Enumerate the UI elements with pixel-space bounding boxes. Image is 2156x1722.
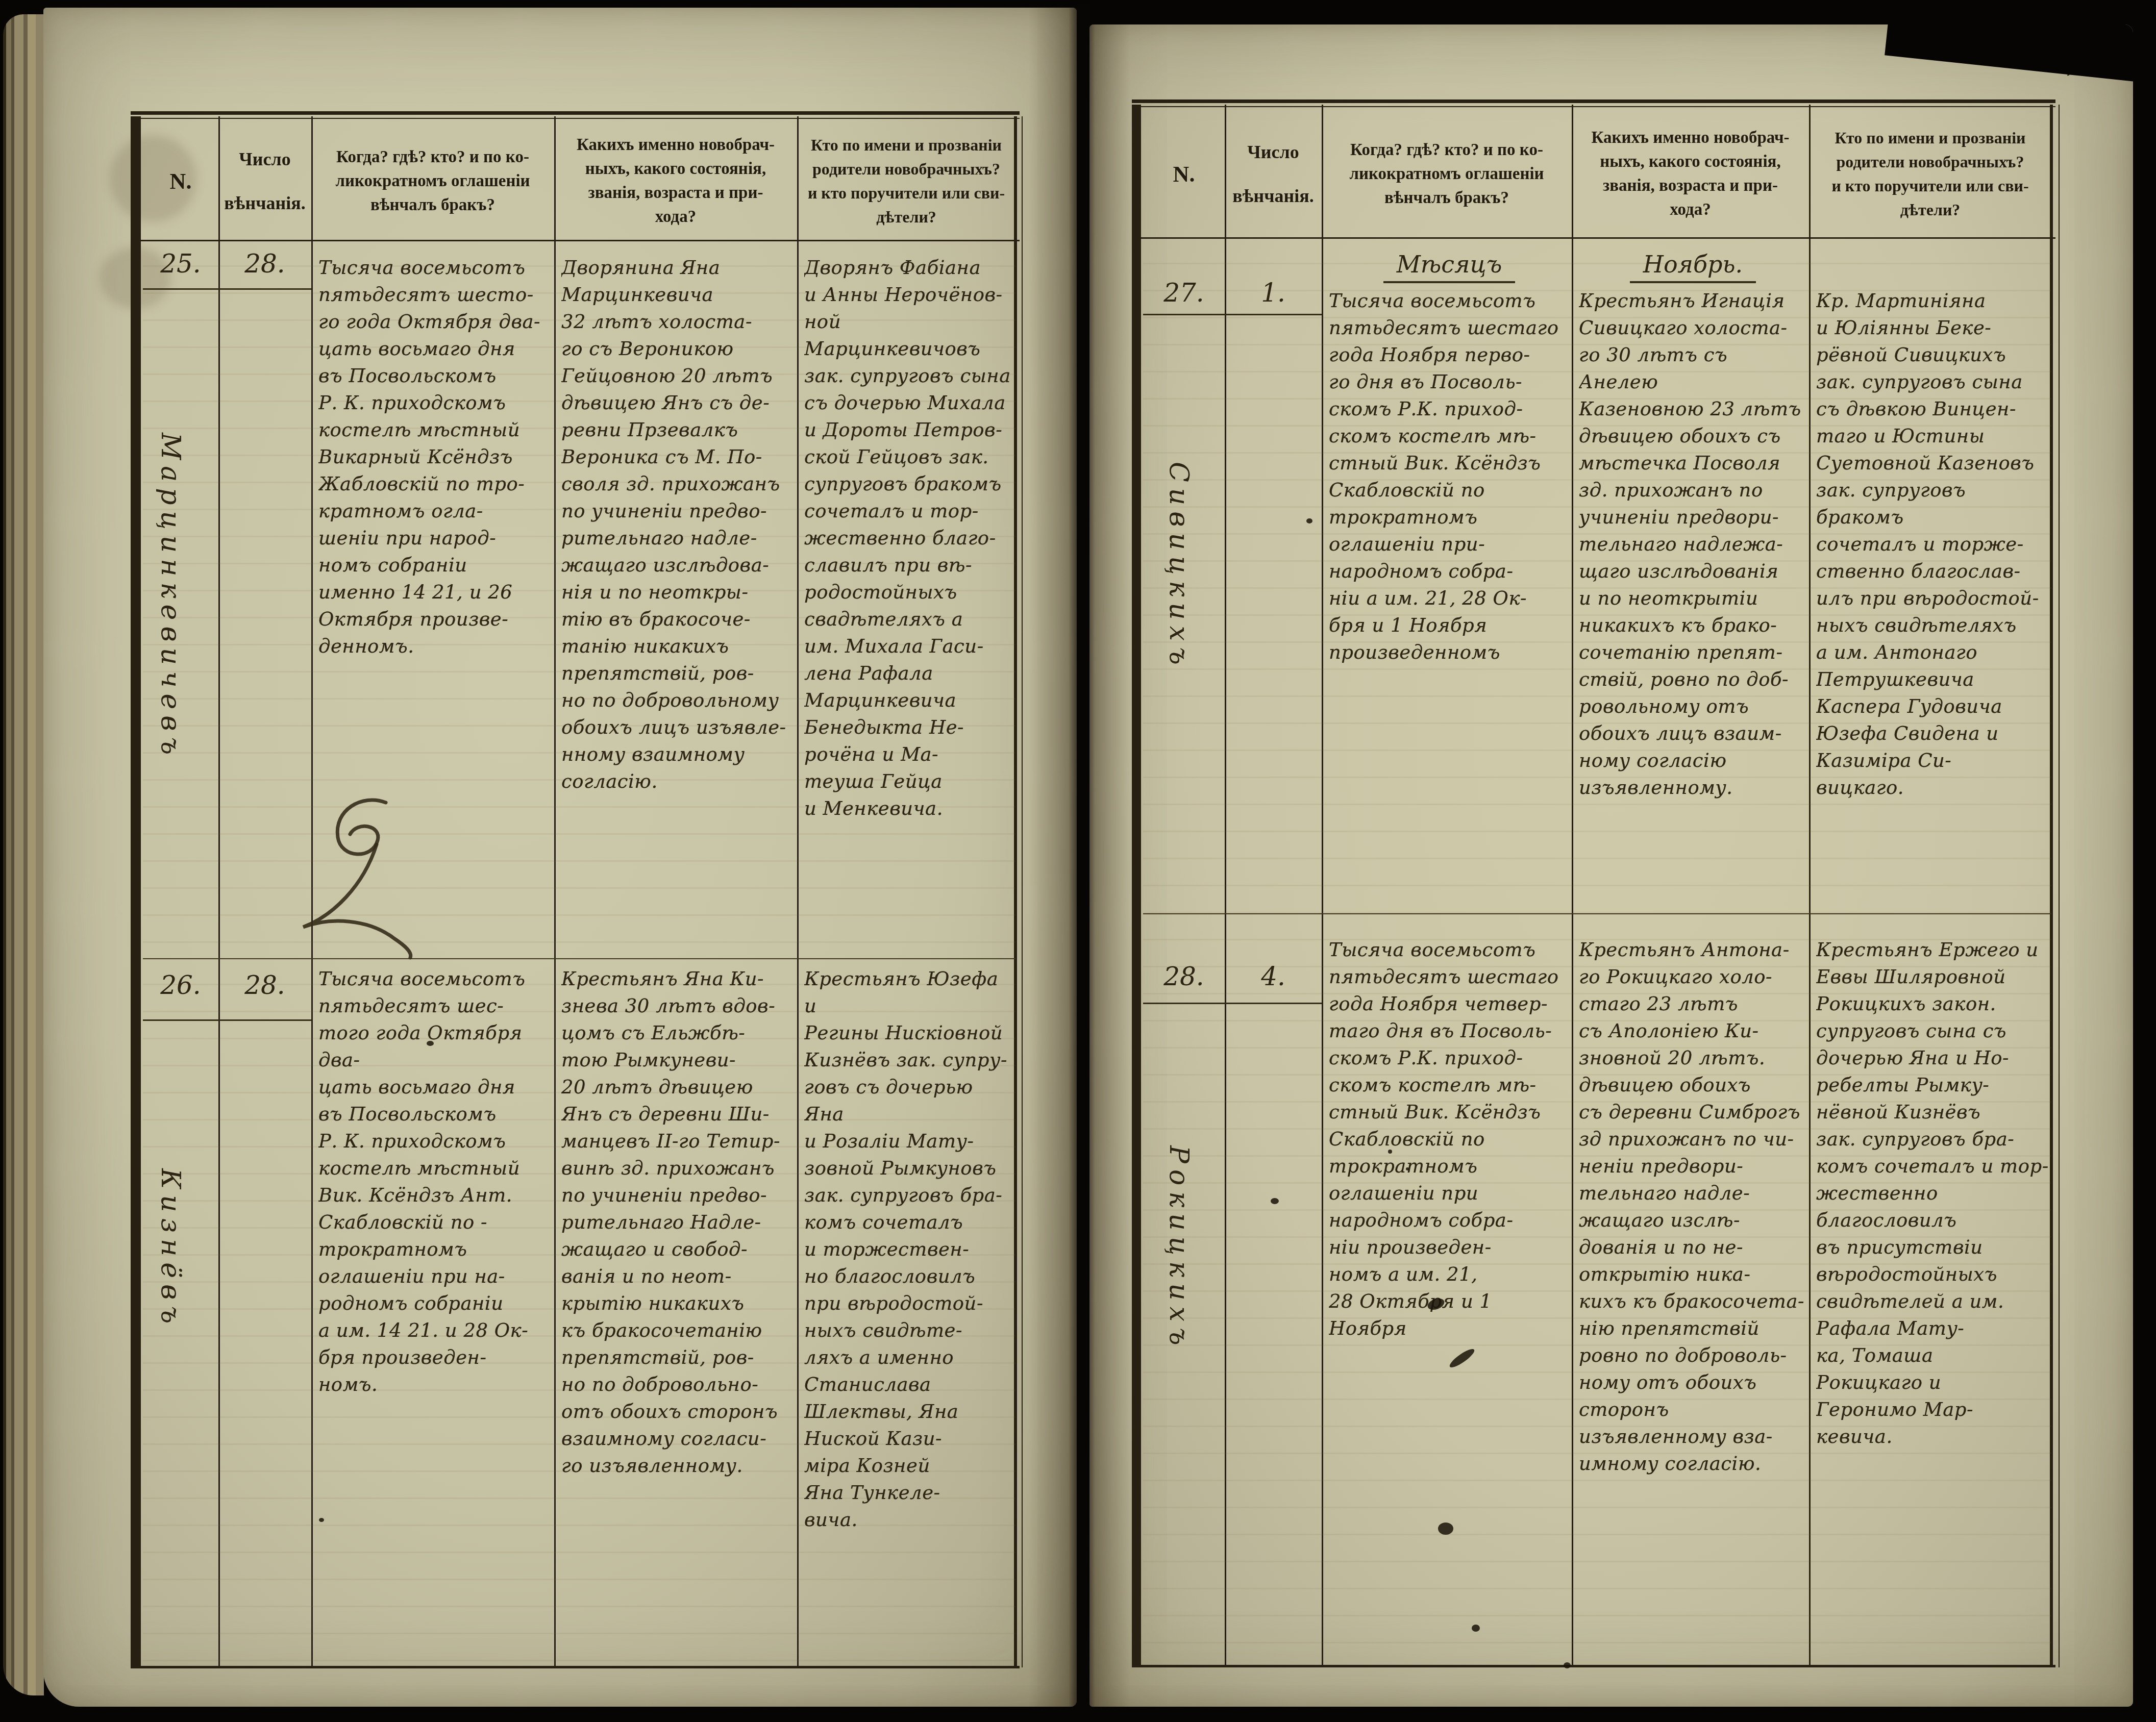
header-label-who: Какихъ именно новобрач- ныхъ, какого сос…: [1591, 126, 1789, 222]
register-entry-row-27: 27. 1. Мѣсяцъ Тысяча восемьсотъ пятьдеся…: [1143, 237, 2051, 913]
header-cell-who: Какихъ именно новобрач- ныхъ, какого сос…: [554, 122, 797, 240]
entry-parents-text: Крестьянъ Ержего и Еввы Шиляровной Рокиц…: [1816, 936, 2050, 1450]
cell-parents: Крестьянъ Ержего и Еввы Шиляровной Рокиц…: [1816, 913, 2050, 1665]
header-label-date: Число вѣнчанія.: [1232, 130, 1314, 218]
table-border-left: [131, 116, 141, 1667]
entry-when-text: Тысяча восемьсотъ пятьдесятъ шестаго год…: [1329, 237, 1570, 666]
header-cell-parents: Кто по имени и прозваніи родители новобр…: [797, 122, 1015, 240]
header-cell-date: Число вѣнчанія.: [218, 122, 311, 240]
table-border-bottom: [1132, 1665, 2055, 1667]
table-border-top-inner: [1132, 106, 2055, 107]
month-name-label: Ноябрь.: [1630, 251, 1756, 283]
page-stack-edges: [3, 14, 44, 1695]
cell-parents: Кр. Мартиніяна и Юліянны Беке- рёвной Си…: [1816, 237, 2050, 913]
header-cell-n: N.: [1143, 111, 1225, 237]
month-label: Мѣсяцъ: [1383, 251, 1516, 283]
entry-parents-text: Крестьянъ Юзефа и Регины Нискіовной Кизн…: [804, 965, 1014, 1533]
register-entry-row-26: 26. 28. Тысяча восемьсотъ пятьдесятъ шес…: [143, 958, 1015, 1666]
header-cell-when: Когда? гдѣ? кто? и по ко- ликократномъ о…: [311, 122, 554, 240]
cell-when: Тысяча восемьсотъ пятьдесятъ шестаго год…: [1329, 913, 1570, 1665]
wedding-day-number: 4.: [1225, 962, 1322, 991]
ink-blot: [1438, 1523, 1453, 1535]
cell-who: Ноябрь. Крестьянъ Игнація Сивицкаго холо…: [1579, 237, 1807, 913]
right-register-table: N. Число вѣнчанія. Когда? гдѣ? кто? и по…: [1143, 105, 2051, 1667]
ink-blot: [319, 1518, 324, 1522]
entry-parents-text: Кр. Мартиніяна и Юліянны Беке- рёвной Си…: [1816, 237, 2050, 801]
header-label-n: N.: [170, 168, 192, 194]
entry-when-text: Тысяча восемьсотъ пятьдесятъ шесто- го г…: [318, 254, 552, 660]
header-label-n: N.: [1173, 161, 1195, 187]
cell-who: Крестьянъ Антона- го Рокицкаго холо- ста…: [1579, 913, 1807, 1665]
ink-blot: [1306, 518, 1312, 523]
header-cell-who: Какихъ именно новобрач- ныхъ, какого сос…: [1572, 111, 1809, 237]
right-page: 78. N. Число вѣнчанія. Когда? гдѣ? кто: [1089, 24, 2133, 1707]
header-label-date: Число вѣнчанія.: [224, 137, 305, 225]
entry-who-text: Крестьянъ Антона- го Рокицкаго холо- ста…: [1579, 936, 1807, 1477]
header-label-when: Когда? гдѣ? кто? и по ко- ликократномъ о…: [335, 145, 530, 217]
header-label-parents: Кто по имени и прозваніи родители новобр…: [1831, 126, 2028, 222]
margin-surname: Сивицкихъ: [1163, 462, 1194, 982]
wedding-day-number: 28.: [218, 249, 311, 279]
month-name-word: Ноябрь.: [1579, 251, 1807, 278]
ink-blot: [427, 1041, 434, 1046]
ink-blot: [1564, 1662, 1571, 1668]
entry-who-text: Крестьянъ Яна Ки- знева 30 лѣтъ вдов- цо…: [561, 965, 795, 1479]
cell-who: Дворянина Яна Марцинкевича 32 лѣтъ холос…: [561, 240, 795, 958]
number-underline: [143, 1019, 311, 1021]
photo-corner-shadow: [1885, 24, 2133, 85]
left-page: N. Число вѣнчанія. Когда? гдѣ? кто? и по…: [43, 8, 1077, 1707]
ink-blot: [1406, 1167, 1409, 1170]
entry-number: 25.: [143, 249, 218, 279]
entry-who-text: Крестьянъ Игнація Сивицкаго холоста- го …: [1579, 237, 1807, 801]
table-border-right-outer: [1022, 116, 1023, 1667]
wedding-day-number: 1.: [1225, 278, 1322, 308]
cell-who: Крестьянъ Яна Ки- знева 30 лѣтъ вдов- цо…: [561, 958, 795, 1666]
table-border-top-inner: [131, 118, 1020, 119]
ink-blot: [1472, 1625, 1480, 1632]
margin-surname: Марцинкевичевъ: [155, 433, 186, 968]
number-underline: [1143, 314, 1322, 315]
number-underline: [1143, 1003, 1322, 1004]
entry-parents-text: Дворянъ Фабіана и Анны Нерочёнов- ной Ма…: [804, 254, 1014, 822]
table-border-left: [1132, 105, 1141, 1667]
cell-parents: Крестьянъ Юзефа и Регины Нискіовной Кизн…: [804, 958, 1014, 1666]
register-entry-row-28: 28. 4. Тысяча восемьсотъ пятьдесятъ шест…: [1143, 913, 2051, 1665]
ink-blot: [1271, 1198, 1279, 1204]
metrical-book-scan: N. Число вѣнчанія. Когда? гдѣ? кто? и по…: [0, 0, 2156, 1722]
register-entry-row-25: 25. 28. Тысяча восемьсотъ пятьдесятъ шес…: [143, 240, 1015, 958]
entry-number: 26.: [143, 970, 218, 1000]
header-cell-when: Когда? гдѣ? кто? и по ко- ликократномъ о…: [1322, 111, 1572, 237]
number-underline: [143, 288, 311, 290]
entry-when-text: Тысяча восемьсотъ пятьдесятъ шестаго год…: [1329, 936, 1570, 1342]
cell-parents: Дворянъ Фабіана и Анны Нерочёнов- ной Ма…: [804, 240, 1014, 958]
table-border-top: [1132, 99, 2055, 103]
header-cell-n: N.: [143, 122, 218, 240]
table-border-top: [131, 111, 1020, 115]
left-register-table: N. Число вѣнчанія. Когда? гдѣ? кто? и по…: [143, 116, 1015, 1667]
header-label-when: Когда? гдѣ? кто? и по ко- ликократномъ о…: [1349, 138, 1544, 210]
entry-when-text: Тысяча восемьсотъ пятьдесятъ шес- того г…: [318, 965, 552, 1398]
entry-who-text: Дворянина Яна Марцинкевича 32 лѣтъ холос…: [561, 254, 795, 795]
margin-surname: Рокицкихъ: [1163, 1145, 1194, 1681]
ink-blot: [1388, 1150, 1392, 1154]
table-border-right-outer: [2059, 105, 2060, 1667]
book-gutter-shadow: [1069, 4, 1095, 1711]
cell-when: Мѣсяцъ Тысяча восемьсотъ пятьдесятъ шест…: [1329, 237, 1570, 913]
ink-flourish: [286, 793, 429, 962]
margin-surname: Кизнёвъ: [155, 1168, 186, 1679]
header-label-parents: Кто по имени и прозваніи родители новобр…: [808, 133, 1005, 229]
entry-number: 28.: [1143, 962, 1225, 991]
entry-number: 27.: [1143, 278, 1225, 308]
month-word: Мѣсяцъ: [1329, 251, 1570, 278]
header-label-who: Какихъ именно новобрач- ныхъ, какого сос…: [577, 133, 775, 229]
cell-when: Тысяча восемьсотъ пятьдесятъ шес- того г…: [318, 958, 552, 1666]
wedding-day-number: 28.: [218, 970, 311, 1000]
header-cell-date: Число вѣнчанія.: [1225, 111, 1322, 237]
header-cell-parents: Кто по имени и прозваніи родители новобр…: [1809, 111, 2051, 237]
